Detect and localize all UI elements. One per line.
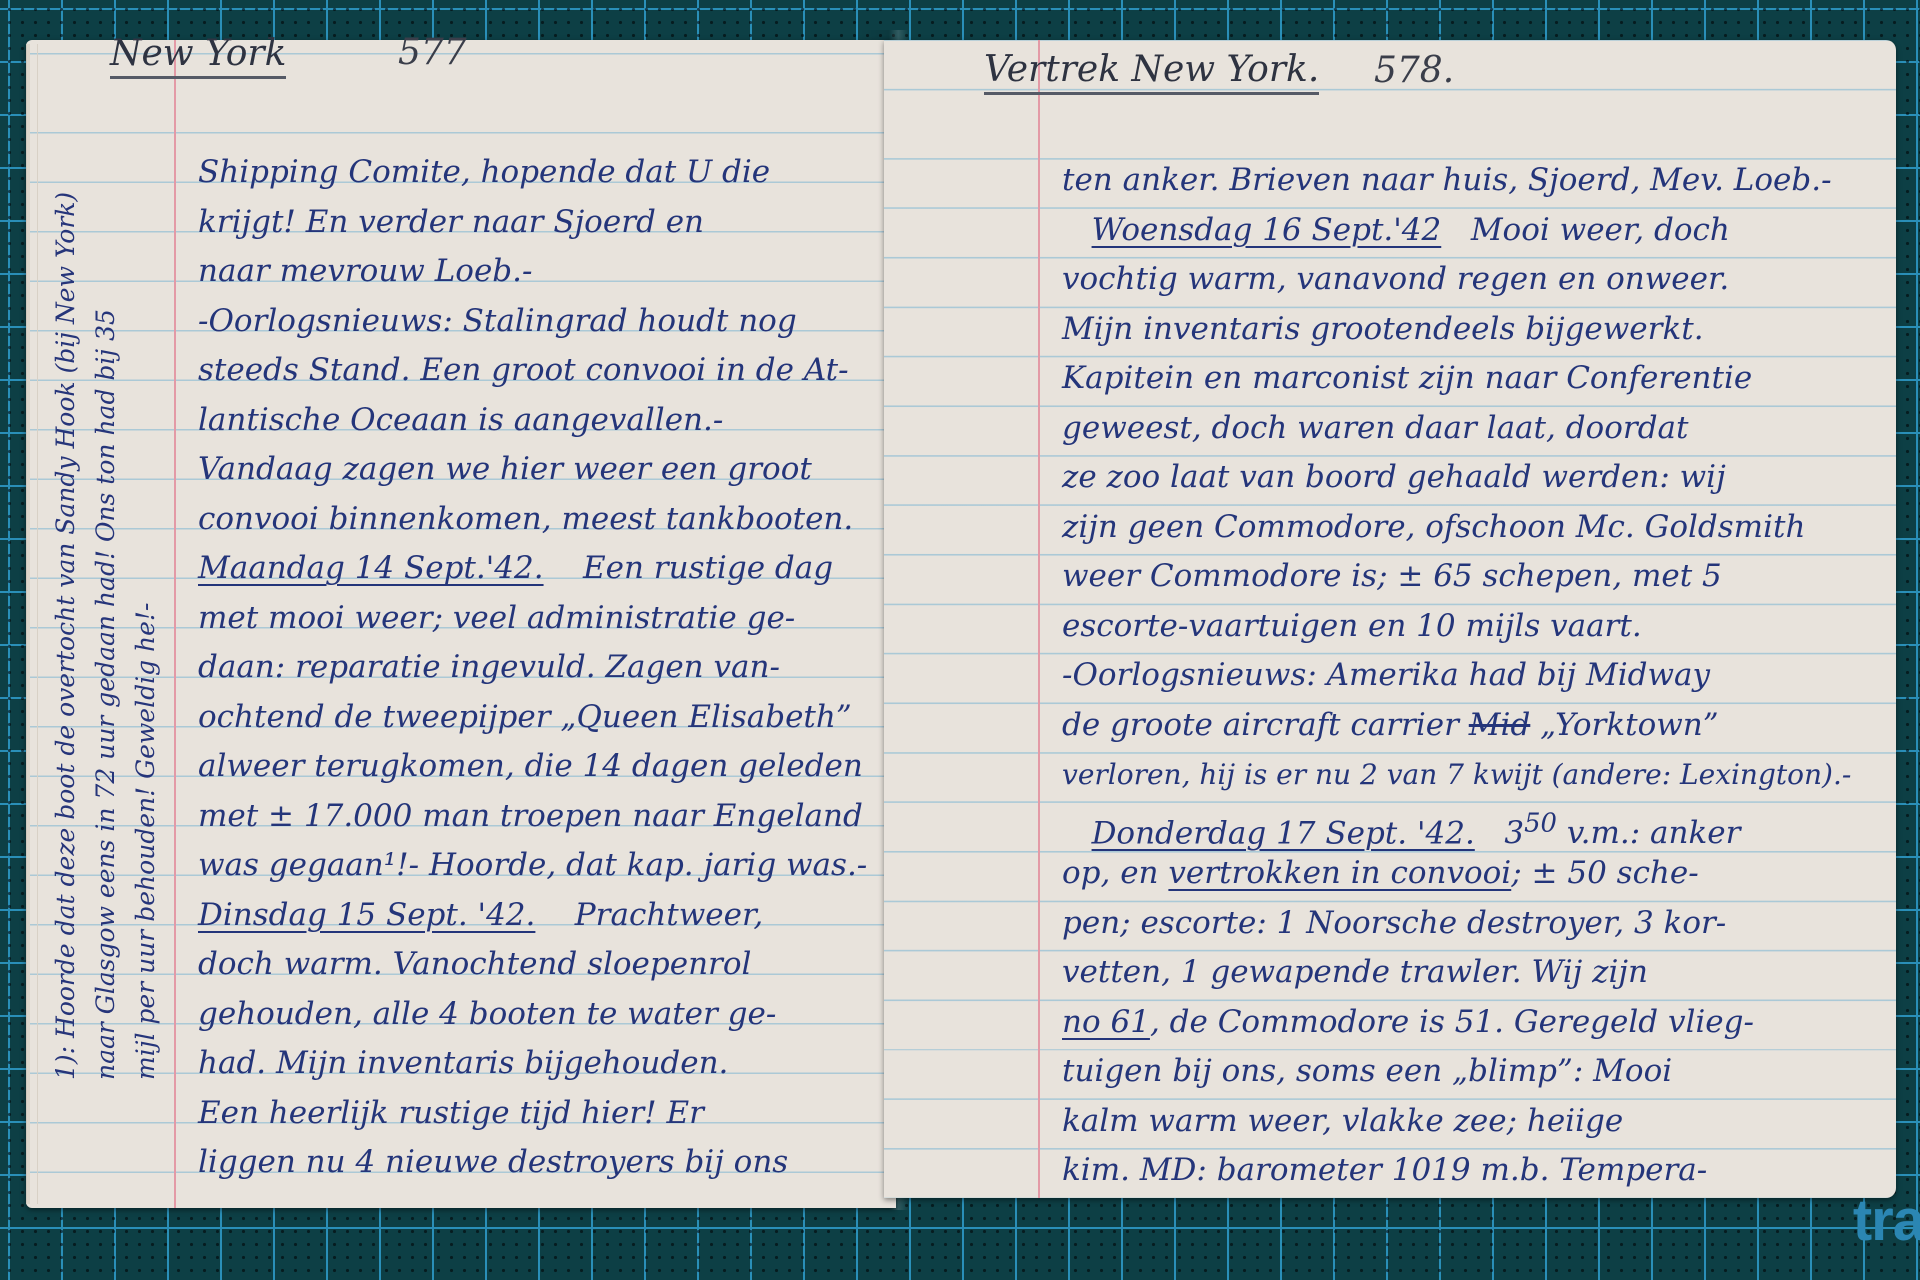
diary-date: Donderdag 17 Sept. '42. <box>1092 815 1475 851</box>
watermark-logo: tra <box>1853 1187 1920 1254</box>
text-line: doch warm. Vanochtend sloepenrol <box>198 940 878 990</box>
text-line-date-entry: Donderdag 17 Sept. '42. 350 v.m.: anker <box>1062 800 1882 850</box>
underlined-phrase: vertrokken in convooi <box>1168 855 1511 891</box>
diary-date: Woensdag 16 Sept.'42 <box>1092 212 1442 248</box>
diary-date: Maandag 14 Sept.'42. <box>198 550 544 586</box>
text-line: met ± 17.000 man troepen naar Engeland <box>198 792 878 842</box>
text-line: Shipping Comite, hopende dat U die <box>198 148 878 198</box>
text-line: steeds Stand. Een groot convooi in de At… <box>198 346 878 396</box>
text-line: Een heerlijk rustige tijd hier! Er <box>198 1089 878 1139</box>
text-fragment: op, en <box>1062 855 1168 891</box>
left-notebook-page: New York 577 Shipping Comite, hopende da… <box>26 40 896 1208</box>
text-line: vetten, 1 gewapende trawler. Wij zijn <box>1062 948 1882 998</box>
red-margin-line <box>1038 40 1040 1198</box>
text-fragment: ; ± 50 sche- <box>1511 855 1698 891</box>
page-header-location: Vertrek New York. <box>984 50 1319 95</box>
text-line: Vandaag zagen we hier weer een groot <box>198 445 878 495</box>
text-fragment: de groote aircraft carrier <box>1062 707 1469 743</box>
text-fragment: , de Commodore is 51. Geregeld vlieg- <box>1150 1004 1754 1040</box>
text-line: ze zoo laat van boord gehaald werden: wi… <box>1062 453 1882 503</box>
text-line: ochtend de tweepijper „Queen Elisabeth” <box>198 693 878 743</box>
text-line: weer Commodore is; ± 65 schepen, met 5 <box>1062 552 1882 602</box>
text-fragment: 350 v.m.: anker <box>1485 815 1741 851</box>
vertical-margin-footnote: 1): Hoorde dat deze boot de overtocht va… <box>46 100 166 1080</box>
text-line: de groote aircraft carrier Mid „Yorktown… <box>1062 701 1882 751</box>
text-line: escorte-vaartuigen en 10 mijls vaart. <box>1062 602 1882 652</box>
text-line: verloren, hij is er nu 2 van 7 kwijt (an… <box>1062 750 1882 800</box>
right-notebook-page: Vertrek New York. 578. ten anker. Brieve… <box>884 40 1896 1198</box>
text-line: geweest, doch waren daar laat, doordat <box>1062 404 1882 454</box>
text-line: alweer terugkomen, die 14 dagen geleden <box>198 742 878 792</box>
footnote-line: mijl per uur behouden! Geweldig he!- <box>126 100 166 1080</box>
page-number: 578. <box>1374 50 1454 91</box>
text-line: lantische Oceaan is aangevallen.- <box>198 396 878 446</box>
underlined-phrase: no 61 <box>1062 1004 1150 1040</box>
text-line: was gegaan¹!- Hoorde, dat kap. jarig was… <box>198 841 878 891</box>
diary-text-lines: Shipping Comite, hopende dat U die krijg… <box>198 148 878 1188</box>
text-line: -Oorlogsnieuws: Stalingrad houdt nog <box>198 297 878 347</box>
text-line-date-entry: Maandag 14 Sept.'42. Een rustige dag <box>198 544 878 594</box>
text-fragment: Een rustige dag <box>553 550 833 586</box>
text-line: pen; escorte: 1 Noorsche destroyer, 3 ko… <box>1062 899 1882 949</box>
text-line: Kapitein en marconist zijn naar Conferen… <box>1062 354 1882 404</box>
text-line: zijn geen Commodore, ofschoon Mc. Goldsm… <box>1062 503 1882 553</box>
footnote-line: 1): Hoorde dat deze boot de overtocht va… <box>46 100 86 1080</box>
text-line: ten anker. Brieven naar huis, Sjoerd, Me… <box>1062 156 1882 206</box>
text-line: gehouden, alle 4 booten te water ge- <box>198 990 878 1040</box>
text-line-date-entry: Dinsdag 15 Sept. '42. Prachtweer, <box>198 891 878 941</box>
text-line: no 61, de Commodore is 51. Geregeld vlie… <box>1062 998 1882 1048</box>
text-line: op, en vertrokken in convooi; ± 50 sche- <box>1062 849 1882 899</box>
text-fragment: Mooi weer, doch <box>1451 212 1730 248</box>
page-header-location: New York <box>110 34 286 79</box>
text-fragment: Prachtweer, <box>545 897 763 933</box>
text-line: naar mevrouw Loeb.- <box>198 247 878 297</box>
footnote-line: naar Glasgow eens in 72 uur gedaan had! … <box>86 100 126 1080</box>
text-line: liggen nu 4 nieuwe destroyers bij ons <box>198 1138 878 1188</box>
page-number: 577 <box>398 32 467 73</box>
text-fragment: „Yorktown” <box>1530 707 1718 743</box>
text-line: krijgt! En verder naar Sjoerd en <box>198 198 878 248</box>
text-line: tuigen bij ons, soms een „blimp”: Mooi <box>1062 1047 1882 1097</box>
text-line: kalm warm weer, vlakke zee; heiige <box>1062 1097 1882 1147</box>
diary-text-lines: ten anker. Brieven naar huis, Sjoerd, Me… <box>1062 156 1882 1196</box>
text-line: had. Mijn inventaris bijgehouden. <box>198 1039 878 1089</box>
red-margin-line <box>174 40 176 1208</box>
text-line: vochtig warm, vanavond regen en onweer. <box>1062 255 1882 305</box>
text-line: kim. MD: barometer 1019 m.b. Tempera- <box>1062 1146 1882 1196</box>
diary-date: Dinsdag 15 Sept. '42. <box>198 897 535 933</box>
text-line: met mooi weer; veel administratie ge- <box>198 594 878 644</box>
text-line: Mijn inventaris grootendeels bijgewerkt. <box>1062 305 1882 355</box>
text-line-date-entry: Woensdag 16 Sept.'42 Mooi weer, doch <box>1062 206 1882 256</box>
text-line: daan: reparatie ingevuld. Zagen van- <box>198 643 878 693</box>
text-line: convooi binnenkomen, meest tankbooten. <box>198 495 878 545</box>
text-line: -Oorlogsnieuws: Amerika had bij Midway <box>1062 651 1882 701</box>
struck-word: Mid <box>1469 707 1531 743</box>
